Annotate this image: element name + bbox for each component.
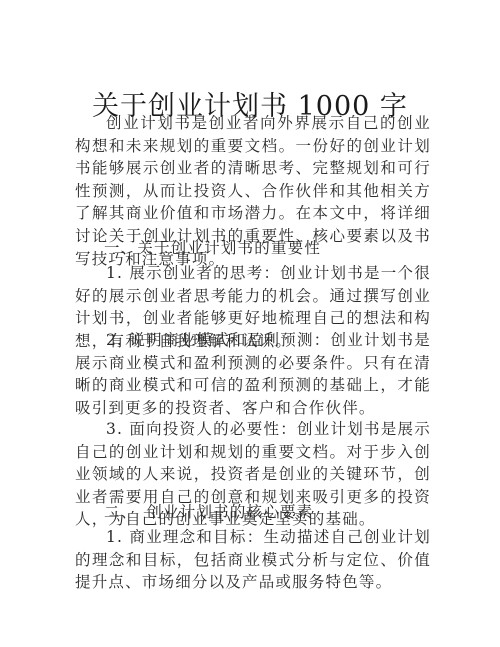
section-1-item-2: 2. 说明商业模式和盈利预测：创业计划书是展示商业模式和盈利预测的必要条件。只有… (75, 329, 431, 419)
section-heading-2: 二、 创业计划书的核心要素 (104, 500, 313, 522)
section-2-item-1: 1. 商业理念和目标：生动描述自己创业计划的理念和目标，包括商业模式分析与定位、… (75, 526, 431, 594)
section-heading-1: 一、关于创业计划书的重要性 (104, 236, 321, 258)
